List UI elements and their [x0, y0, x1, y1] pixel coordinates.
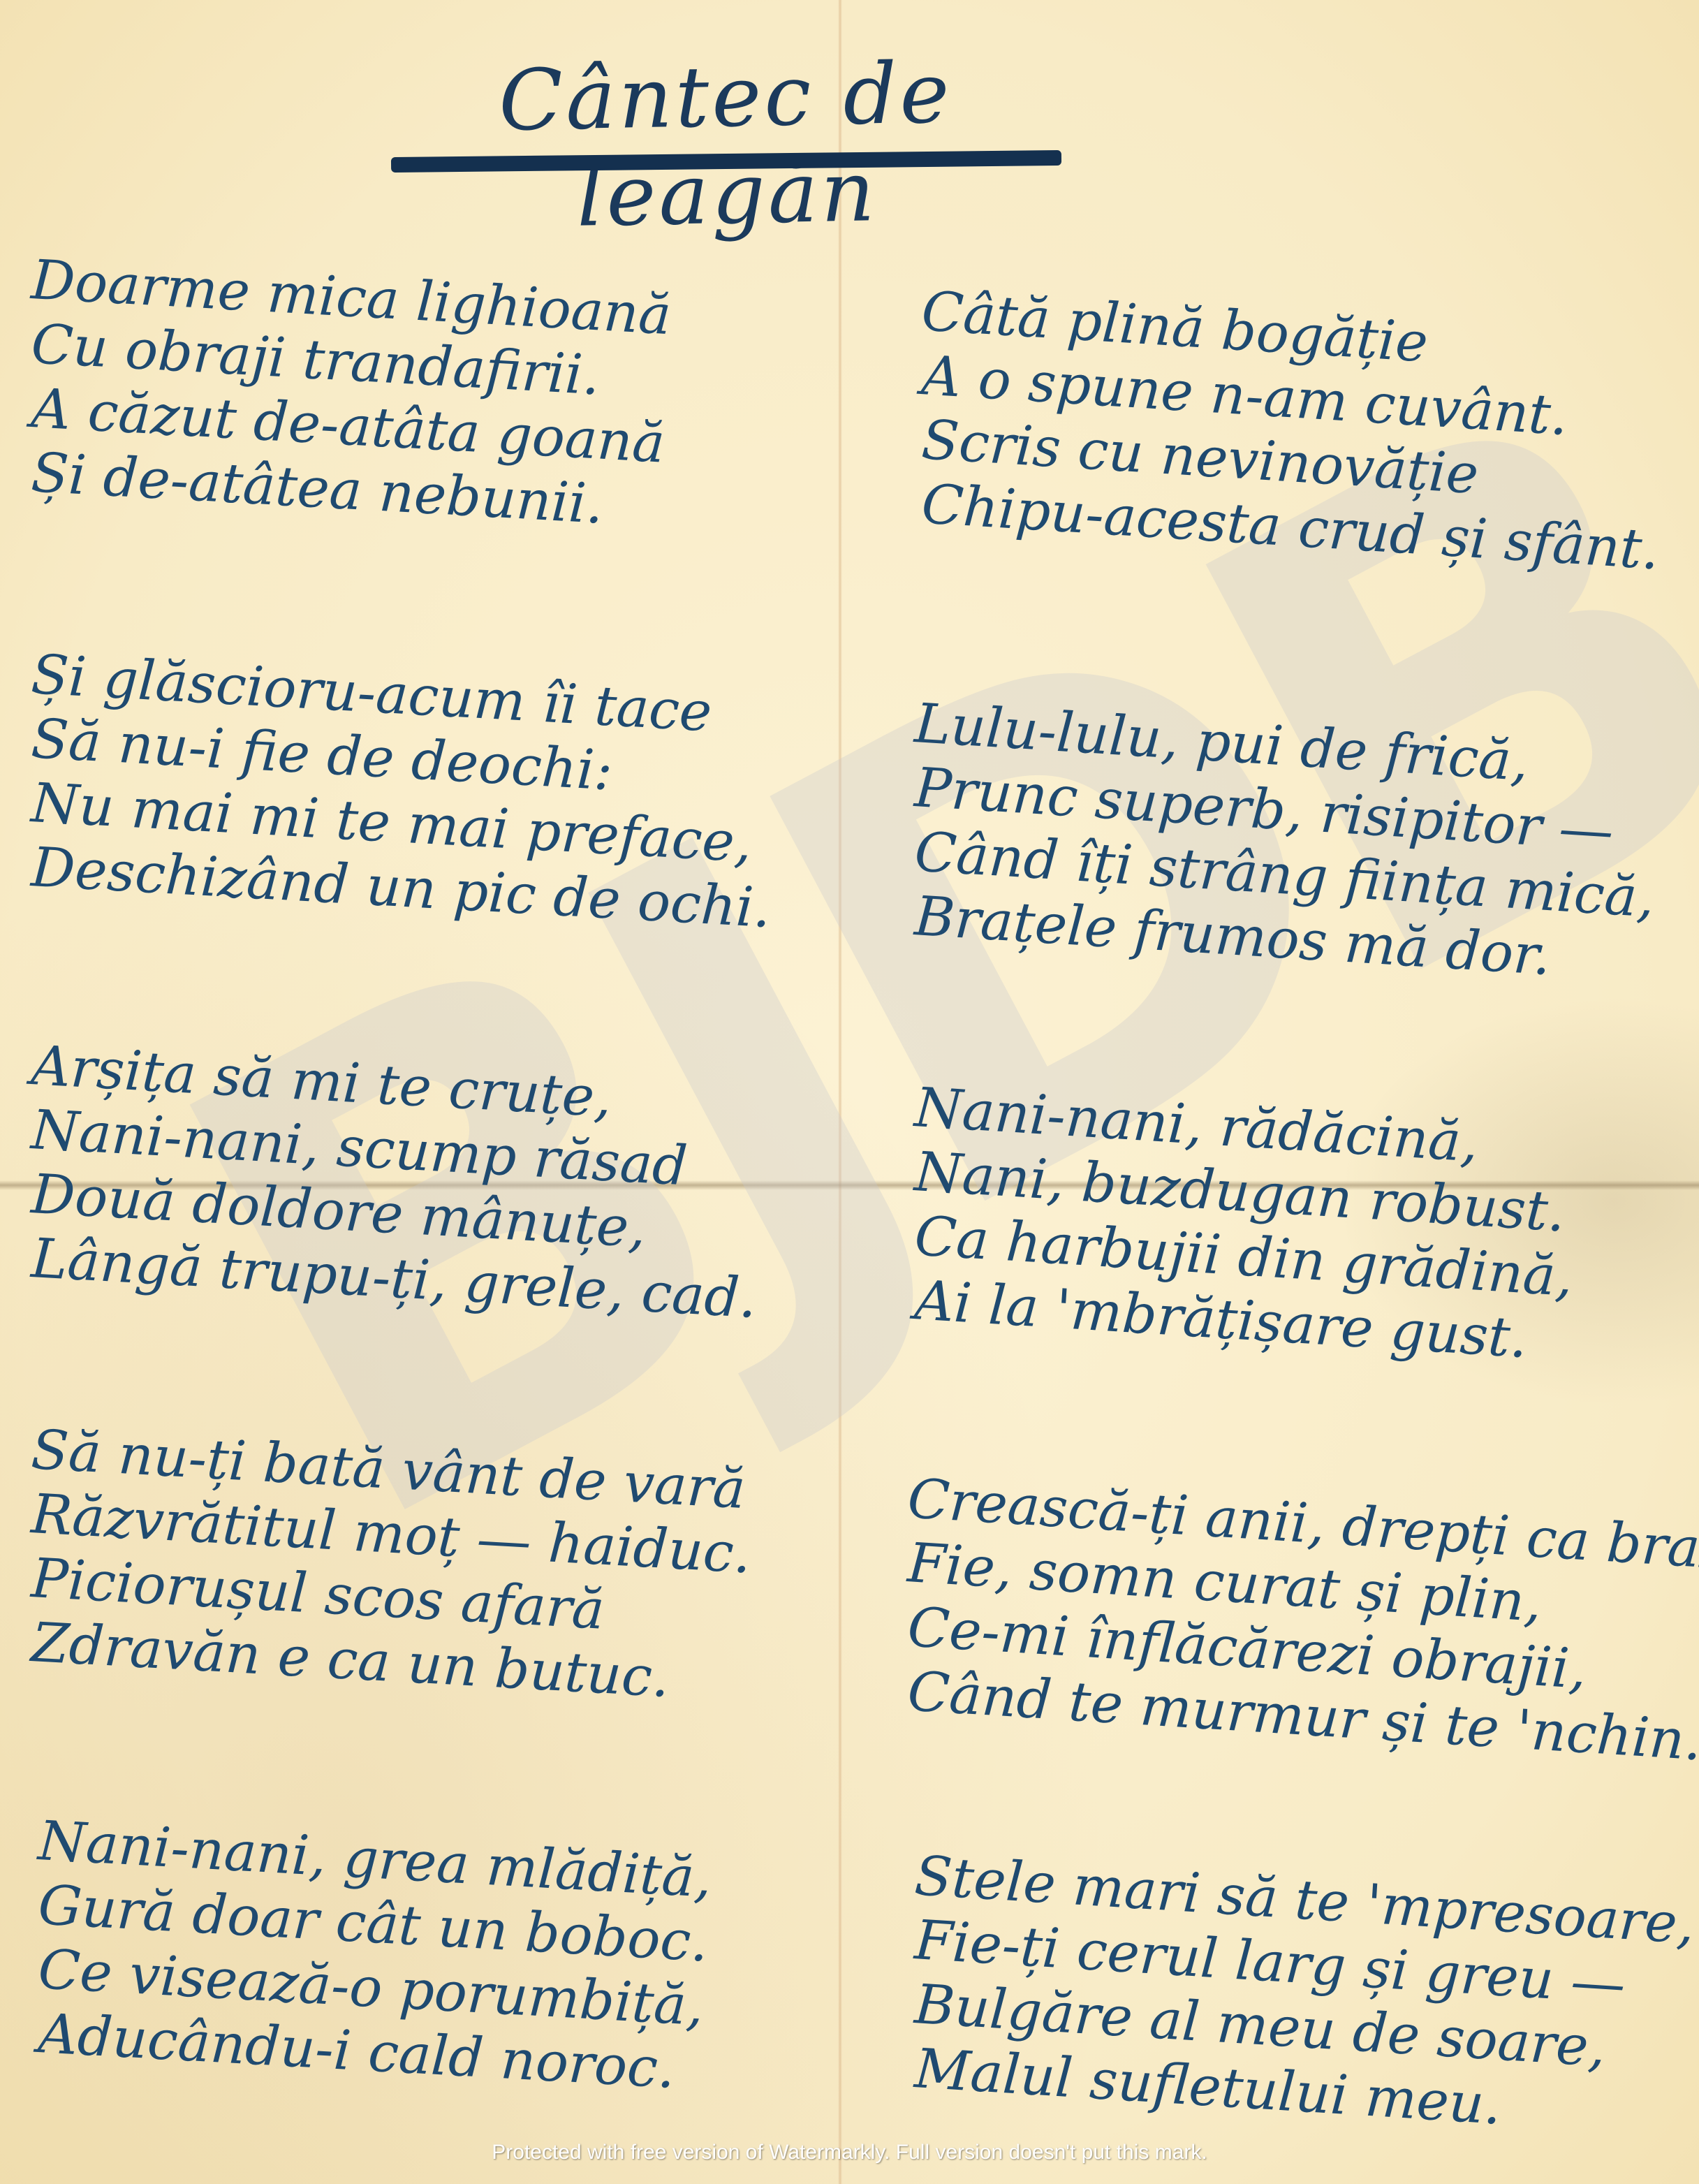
stanza-right-3: Nani-nani, rădăcină, Nani, buzdugan robu…: [915, 1076, 1699, 1333]
footer-watermark: Protected with free version of Watermark…: [0, 2141, 1699, 2164]
stanza-right-1: Câtă plină bogăție A o spune n-am cuvânt…: [922, 279, 1699, 536]
stanza-left-3: Arșița să mi te cruțe, Nani-nani, scump …: [31, 1034, 834, 1291]
stanza-right-2: Lulu-lulu, pui de frică, Prunc superb, r…: [915, 691, 1699, 948]
stanza-left-4: Să nu-ți bată vânt de vară Răzvrătitul m…: [31, 1418, 834, 1675]
stanza-left-2: Și glăscioru-acum îi tace Să nu-i fie de…: [31, 643, 834, 900]
title-block: Cântec de leagăn: [377, 49, 1075, 243]
page-title: Cântec de leagăn: [376, 43, 1077, 249]
stanza-left-5: Nani-nani, grea mlădiță, Gură doar cât u…: [38, 1809, 841, 2066]
stanza-left-1: Doarme mica lighioană Cu obraji trandafi…: [31, 248, 834, 505]
stanza-right-5: Stele mari să te 'mpresoare, Fie-ți ceru…: [915, 1844, 1699, 2101]
stanza-right-4: Crească-ți anii, drepți ca brazii, Fie, …: [908, 1467, 1699, 1724]
